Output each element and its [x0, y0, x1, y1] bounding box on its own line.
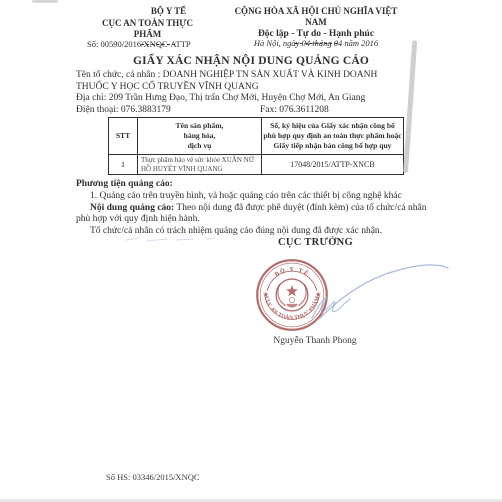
department-name: CỤC AN TOÀN THỰC PHẨM: [90, 18, 205, 41]
emblem-wreath-left: [278, 285, 286, 306]
emblem-center-circle: [289, 298, 294, 303]
responsibility-line: Tổ chức/cá nhân có trách nhiệm quảng cáo…: [76, 226, 382, 236]
content-label: Nội dung quảng cáo:: [90, 203, 174, 213]
cell-product: Thực phẩm bảo vệ sức khỏe XUÂN NỮ HỒ HUY…: [138, 155, 262, 175]
emblem-gear: [286, 304, 297, 308]
document-number: Số: 00590/2016/XNQC-ATTP: [87, 39, 191, 49]
content-paragraph: Nội dung quảng cáo: Theo nội dung đã đượ…: [76, 203, 428, 226]
col-header-product: Tên sản phẩm, hàng hóa, dịch vụ: [138, 118, 262, 155]
media-item-line: 1. Quảng cáo trên truyền hình, và hoặc q…: [76, 191, 402, 201]
table-header-row: STT Tên sản phẩm, hàng hóa, dịch vụ Số, …: [109, 118, 404, 155]
cell-certificate: 17048/2015/ATTP-XNCB: [262, 155, 404, 175]
signature-sweep: [320, 265, 448, 318]
ministry-name: BỘ Y TẾ: [111, 6, 226, 18]
signer-name: Nguyễn Thanh Phong: [240, 336, 390, 346]
scanned-certificate-document: BỘ Y TẾ CỤC AN TOÀN THỰC PHẨM CỘNG HÒA X…: [0, 0, 502, 502]
organization-fax: Fax: 076.3611208: [260, 105, 329, 115]
col-header-stt: STT: [109, 118, 138, 155]
file-number: Số HS: 03346/2015/XNQC: [106, 472, 200, 482]
place-and-date: Hà Nội, ngày 04 tháng 04 năm 2016: [236, 38, 396, 48]
organization-name-line: Tên tổ chức, cá nhân : DOANH NGHIỆP TN S…: [76, 70, 396, 93]
scan-smudge-artifact: [32, 0, 58, 3]
emblem-star-icon: [286, 285, 298, 296]
col-header-certificate: Số, ký hiệu của Giấy xác nhận công bố ph…: [262, 118, 404, 155]
organization-address: Địa chỉ: 209 Trần Hưng Đạo, Thị trấn Chợ…: [76, 93, 365, 103]
organization-phone: Điện thoại: 076.3883179: [76, 105, 171, 115]
products-table: STT Tên sản phẩm, hàng hóa, dịch vụ Số, …: [108, 117, 404, 175]
signer-title: CỤC TRƯỞNG: [238, 237, 393, 248]
seal-bottom-text: CỤC AN TOÀN THỰC PHẨM: [263, 296, 321, 322]
seal-star-right-icon: [316, 292, 321, 297]
official-red-seal: BỘ Y TẾ CỤC AN TOÀN THỰC PHẨM: [255, 258, 329, 332]
document-title: GIẤY XÁC NHẬN NỘI DUNG QUẢNG CÁO: [51, 55, 451, 67]
seal-top-text: BỘ Y TẾ: [274, 266, 311, 278]
cell-stt: 1: [109, 155, 138, 175]
media-section-label: Phương tiện quảng cáo:: [76, 179, 173, 189]
emblem-wreath-right: [299, 285, 307, 306]
seal-star-left-icon: [263, 292, 268, 297]
republic-title: CỘNG HÒA XÃ HỘI CHỦ NGHĨA VIỆT NAM: [231, 6, 401, 28]
table-row: 1 Thực phẩm bảo vệ sức khỏe XUÂN NỮ HỒ H…: [109, 155, 404, 175]
